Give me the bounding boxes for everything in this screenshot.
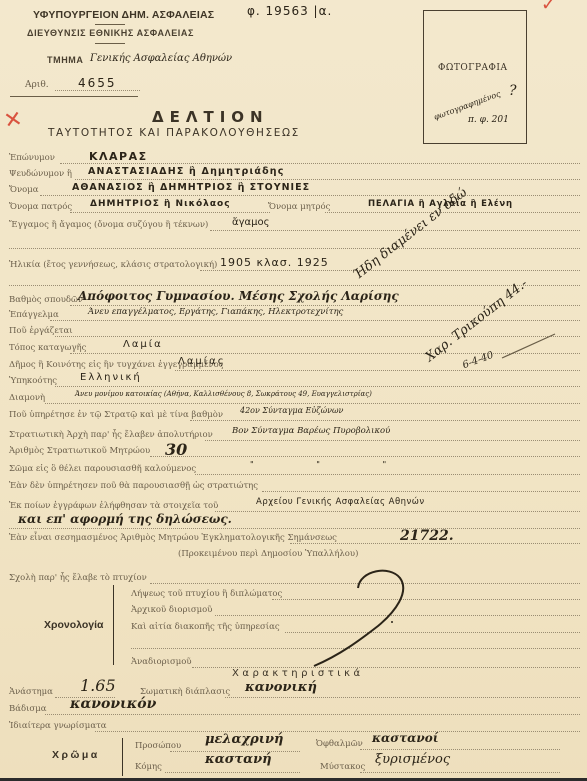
eyes-label: Ὀφθαλμῶν (316, 739, 363, 749)
marital-status-value: ἄγαμος (232, 217, 269, 228)
red-check-mark: ✓ (541, 0, 556, 15)
residence-label: Διαμονὴ (9, 393, 45, 403)
height-value: 1.65 (80, 676, 116, 695)
chronology-item: Λήψεως τοῦ πτυχίου ἢ διπλώματος (131, 589, 282, 599)
first-name-label: Ὄνομα (9, 185, 39, 195)
chronology-item: Ἀρχικοῦ διορισμοῦ (131, 605, 212, 615)
height-label: Ἀνάστημα (9, 687, 53, 697)
citizenship-value: Ελληνική (80, 372, 142, 383)
directorate-heading: ΔΙΕΥΘΥΝΣΙΣ ΕΘΝΙΚΗΣ ΑΣΦΑΛΕΙΑΣ (27, 28, 194, 38)
color-brace (122, 738, 123, 776)
source-documents-value: Αρχείου Γενικής Ασφαλείας Αθηνών (256, 497, 425, 507)
question-mark-scribble (300, 560, 420, 670)
photo-box: ΦΩΤΟΓΡΑΦΙΑ φωτογραφημένος π. φ. 201 ? (423, 10, 527, 144)
chronology-item: Καὶ αἰτία διακοπῆς τῆς ὑπηρεσίας (131, 622, 280, 632)
document-subtitle: ΤΑΥΤΟΤΗΤΟΣ ΚΑΙ ΠΑΡΑΚΟΛΟΥΘΗΣΕΩΣ (48, 127, 300, 139)
profession-label: Ἐπάγγελμα (9, 310, 59, 320)
ministry-heading: ΥΦΥΠΟΥΡΓΕΙΟΝ ΔΗΜ. ΑΣΦΑΛΕΙΑΣ (33, 9, 214, 21)
face-value: μελαχρινή (205, 732, 284, 747)
mother-name-label: Ὄνομα μητρός (268, 202, 330, 212)
origin-label: Τόπος καταγωγῆς (9, 343, 86, 353)
age-label: Ἡλικία (ἔτος γεννήσεως, κλάσις στρατολογ… (9, 260, 217, 270)
age-value: 1905 κλασ. 1925 (220, 256, 329, 269)
origin-value: Λαμία (123, 339, 163, 350)
discharge-authority-label: Στρατιωτικὴ Ἀρχὴ παρ' ἧς ἔλαβεν ἀπολυτήρ… (9, 430, 213, 440)
workplace-label: Ποῦ ἐργάζεται (9, 326, 73, 336)
corps-value: " " " (250, 460, 416, 469)
gait-value: κανονικόν (70, 696, 156, 712)
photo-note-mark: ? (509, 83, 517, 99)
military-service-label: Ποῦ ὑπηρέτησε ἐν τῷ Στρατῷ καὶ μὲ τίνα β… (9, 410, 223, 420)
chronology-item: Ἀναδιορισμοῦ (131, 657, 192, 667)
photo-label: ΦΩΤΟΓΡΑΦΙΑ (438, 63, 507, 73)
photo-note-ref: π. φ. 201 (468, 115, 509, 125)
military-service-value: 42ον Σύνταγμα Εὐζώνων (240, 406, 343, 415)
marital-status-label: Ἔγγαμος ἢ ἄγαμος (ὄνομα συζύγου ἢ τέκνων… (9, 220, 208, 230)
hair-label: Κόμης (135, 762, 162, 772)
municipality-value: Λαμίας (178, 356, 226, 367)
chronology-label: Χρονολογία (44, 619, 104, 631)
father-name-label: Ὄνομα πατρός (9, 202, 72, 212)
military-register-value: 30 (165, 440, 187, 459)
pseudonym-value: ΑΝΑΣΤΑΣΙΑΔΗΣ ἢ Δημητριάδης (88, 166, 285, 177)
face-label: Προσώπου (135, 741, 181, 751)
citizenship-label: Ὑπηκοότης (9, 376, 57, 386)
school-degree-label: Σχολὴ παρ' ἧς ἔλαβε τὸ πτυχίον (9, 573, 147, 583)
source-documents-label: Ἐκ ποίων ἐγγράφων ἐλήφθησαν τὰ στοιχεῖα … (9, 501, 218, 511)
not-served-label: Ἐὰν δὲν ὑπηρέτησεν ποῦ θὰ παρουσιασθῇ ὡς… (9, 481, 258, 491)
education-label: Βαθμὸς σπουδῶν (9, 295, 83, 305)
pseudonym-label: Ψευδώνυμον ἢ (9, 169, 72, 179)
number-value: 4655 (78, 76, 117, 90)
discharge-authority-value: Βον Σύνταγμα Βαρέως Πυροβολικού (232, 426, 390, 436)
first-name-value: ΑΘΑΝΑΣΙΟΣ ἢ ΔΗΜΗΤΡΙΟΣ ἢ ΣΤΟΥΝΙΕΣ (72, 182, 310, 193)
number-label: Αριθ. (25, 80, 49, 90)
gait-label: Βάδισμα (9, 704, 47, 714)
residence-value: Άνευ μονίμου κατοικίας (Αθήνα, Καλλισθέν… (75, 390, 372, 398)
document-title: ΔΕΛΤΙΟΝ (152, 108, 269, 126)
corps-label: Σῶμα εἰς ὃ θέλει παρουσιασθῆ καλούμενος (9, 464, 196, 474)
chronology-brace (113, 585, 114, 665)
surname-value: ΚΛΑΡΑΣ (89, 150, 148, 163)
identity-card-document: ΥΦΥΠΟΥΡΓΕΙΟΝ ΔΗΜ. ΑΣΦΑΛΕΙΑΣ ΔΙΕΥΘΥΝΣΙΣ Ε… (0, 0, 587, 781)
file-reference: φ. 19563 |α. (247, 4, 332, 18)
red-cross-mark: ✕ (2, 107, 24, 135)
characteristics-heading: Χαρακτηριστικά (232, 668, 364, 679)
education-value: Απόφοιτος Γυμνασίου. Μέσης Σχολής Λαρίση… (78, 289, 399, 303)
criminal-record-label: Ἐὰν εἶναι σεσημασμένος Ἀριθμὸς Μητρώου Ἐ… (9, 533, 337, 543)
margin-stroke (500, 330, 560, 360)
build-value: κανονική (245, 680, 317, 695)
divider (95, 43, 125, 44)
color-label: Χρῶμα (52, 749, 100, 761)
marks-label: Ἰδιαίτερα γνωρίσματα (9, 721, 107, 731)
criminal-record-value: 21722. (400, 528, 454, 544)
moustache-label: Μύστακος (320, 762, 365, 772)
divider (95, 24, 125, 25)
moustache-value: ξυρισμένος (375, 752, 450, 767)
surname-label: Ἐπώνυμον (9, 153, 55, 163)
military-register-label: Ἀριθμὸς Στρατιωτικοῦ Μητρώου (9, 446, 150, 456)
divider (10, 96, 138, 97)
eyes-value: καστανοί (372, 731, 439, 745)
profession-value: Άνευ επαγγέλματος, Εργάτης, Γιαπάκης, Ηλ… (88, 307, 343, 317)
public-servant-note: (Προκειμένου περὶ Δημοσίου Ὑπαλλήλου) (178, 549, 358, 559)
section-value: Γενικής Ασφαλείας Αθηνών (90, 53, 232, 64)
hair-value: καστανή (205, 752, 272, 767)
section-label: ΤΜΗΜΑ (47, 55, 84, 65)
father-name-value: ΔΗΜΗΤΡΙΟΣ ἢ Νικόλαος (90, 199, 231, 209)
source-documents-value-line2: και επ' αφορμή της δηλώσεως. (18, 512, 232, 526)
